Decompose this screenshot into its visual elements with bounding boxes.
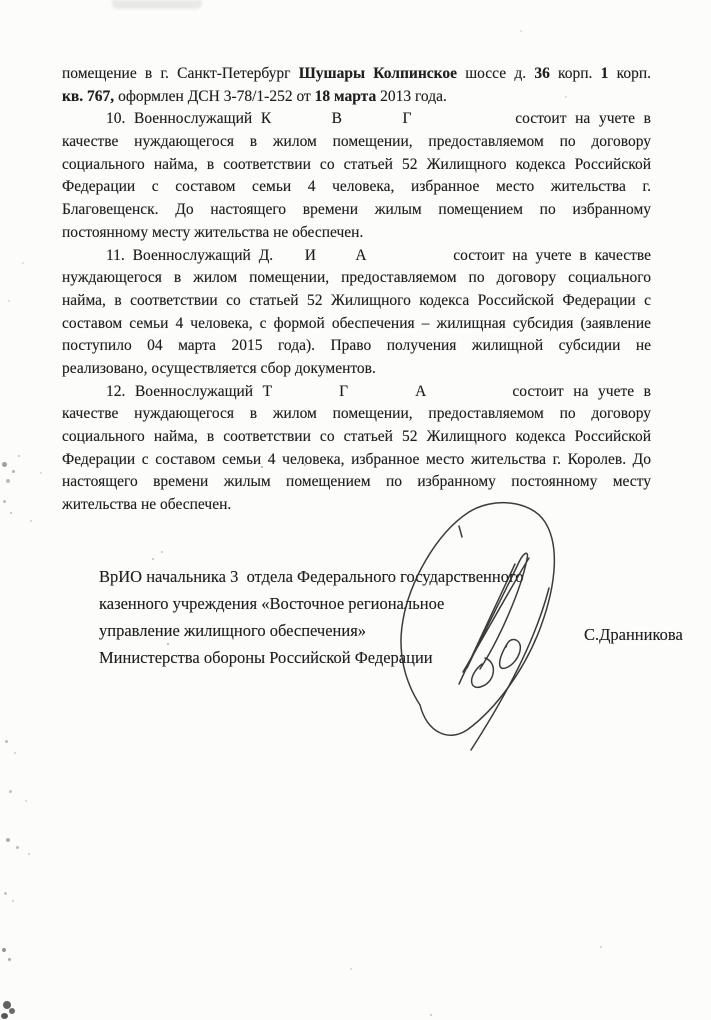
scan-speckle (14, 752, 16, 754)
text-line: реализовано, осуществляется сбор докумен… (62, 358, 651, 381)
scan-speckle (4, 892, 7, 895)
text-line: Благовещенск. До настоящего времени жилы… (62, 199, 651, 222)
text-run: оформлен ДСН 3-78/1-252 от (114, 88, 314, 105)
text-run: социального найма, в соответствии со ста… (62, 428, 651, 445)
text-line: качестве нуждающегося в жилом помещении,… (62, 403, 651, 426)
scan-speckle (16, 846, 19, 849)
text-line: найма, в соответствии со статьей 52 Жили… (62, 290, 651, 313)
bold-text-run: Шушары Колпинское (299, 65, 457, 82)
text-line: составом семьи 4 человека, с формой обес… (62, 313, 651, 336)
text-run: социального найма, в соответствии со ста… (62, 156, 651, 173)
scan-speckle (565, 96, 567, 98)
scan-speckle (161, 551, 163, 553)
scan-speckle (1, 1013, 8, 1019)
scan-speckle (40, 472, 42, 474)
scan-speckle (5, 740, 8, 743)
text-line: настоящего времени жилым помещением по и… (62, 471, 651, 494)
text-line: Федерации с составом семьи 4 человека, и… (62, 176, 651, 199)
text-run: корп. (608, 65, 651, 82)
scan-speckle (6, 838, 10, 842)
text-line: социального найма, в соответствии со ста… (62, 154, 651, 177)
scan-speckle (12, 470, 15, 473)
scan-speckle (22, 262, 24, 264)
text-line: поступило 04 марта 2015 года). Право пол… (62, 335, 651, 358)
bold-text-run: кв. 767, (62, 88, 114, 105)
text-run: качестве нуждающегося в жилом помещении,… (62, 405, 651, 422)
text-run: 2013 года. (376, 88, 447, 105)
scan-speckle (152, 558, 154, 560)
text-run: корп. (550, 65, 601, 82)
text-line: 12. Военнослужащий Т Г А состоит на учет… (62, 381, 651, 404)
scan-speckle (2, 462, 7, 467)
text-line: постоянному месту жительства не обеспече… (62, 222, 651, 245)
text-run: нуждающегося в жилом помещении, предоста… (62, 269, 651, 286)
scan-speckle (167, 643, 169, 645)
scan-speckle (3, 500, 6, 503)
scan-speckle (12, 900, 14, 902)
bold-text-run: 18 марта (315, 88, 377, 105)
scan-speckle (261, 466, 263, 468)
handwritten-signature (383, 492, 583, 762)
text-run: 10. Военнослужащий К В Г состоит на учет… (106, 110, 651, 127)
scan-speckle (350, 968, 352, 970)
scan-speckle (600, 946, 602, 948)
scan-speckle (8, 300, 10, 302)
text-line: Федерации с составом семьи 4 человека, и… (62, 449, 651, 472)
text-run: помещение в г. Санкт-Петербург (62, 65, 299, 82)
text-line: кв. 767, оформлен ДСН 3-78/1-252 от 18 м… (62, 86, 651, 109)
text-run: качестве нуждающегося в жилом помещении,… (62, 133, 651, 150)
scan-speckle (8, 958, 11, 961)
text-run: постоянному месту жительства не обеспече… (62, 224, 363, 241)
text-run: составом семьи 4 человека, с формой обес… (62, 315, 651, 332)
scan-smudge-top (112, 0, 202, 9)
scan-speckle (2, 948, 6, 952)
text-run: шоссе д. (457, 65, 534, 82)
bold-text-run: 36 (534, 65, 550, 82)
scan-speckle (10, 512, 12, 514)
scan-speckle (304, 464, 306, 466)
scanned-document-page: помещение в г. Санкт-Петербург Шушары Ко… (0, 0, 711, 1020)
text-run: 11. Военнослужащий Д. И А состоит на уче… (106, 247, 651, 264)
text-line: 11. Военнослужащий Д. И А состоит на уче… (62, 245, 651, 268)
text-run: реализовано, осуществляется сбор докумен… (62, 360, 376, 377)
scan-speckle (28, 853, 30, 855)
text-run: жительства не обеспечен. (62, 496, 231, 513)
text-run: настоящего времени жилым помещением по и… (62, 473, 651, 490)
text-line: 10. Военнослужащий К В Г состоит на учет… (62, 108, 651, 131)
text-run: Благовещенск. До настоящего времени жилы… (62, 201, 651, 218)
text-run: Федерации с составом семьи 4 человека, и… (62, 451, 651, 468)
text-run: Федерации с составом семьи 4 человека, и… (62, 178, 651, 195)
text-line: качестве нуждающегося в жилом помещении,… (62, 131, 651, 154)
text-line: помещение в г. Санкт-Петербург Шушары Ко… (62, 63, 651, 86)
scan-speckle (30, 520, 32, 522)
text-line: нуждающегося в жилом помещении, предоста… (62, 267, 651, 290)
document-body-text: помещение в г. Санкт-Петербург Шушары Ко… (62, 63, 651, 517)
scan-speckle (25, 800, 27, 802)
text-run: 12. Военнослужащий Т Г А состоит на учет… (106, 383, 651, 400)
scan-speckle (430, 1014, 432, 1016)
text-line: социального найма, в соответствии со ста… (62, 426, 651, 449)
scan-speckle (9, 1008, 15, 1014)
text-run: поступило 04 марта 2015 года). Право пол… (62, 337, 651, 354)
scan-speckle (18, 455, 20, 457)
scan-speckle (9, 790, 12, 793)
signer-name: С.Дранникова (584, 625, 683, 645)
text-run: найма, в соответствии со статьей 52 Жили… (62, 292, 651, 309)
scan-speckle (6, 479, 10, 483)
scan-speckle (520, 30, 522, 32)
